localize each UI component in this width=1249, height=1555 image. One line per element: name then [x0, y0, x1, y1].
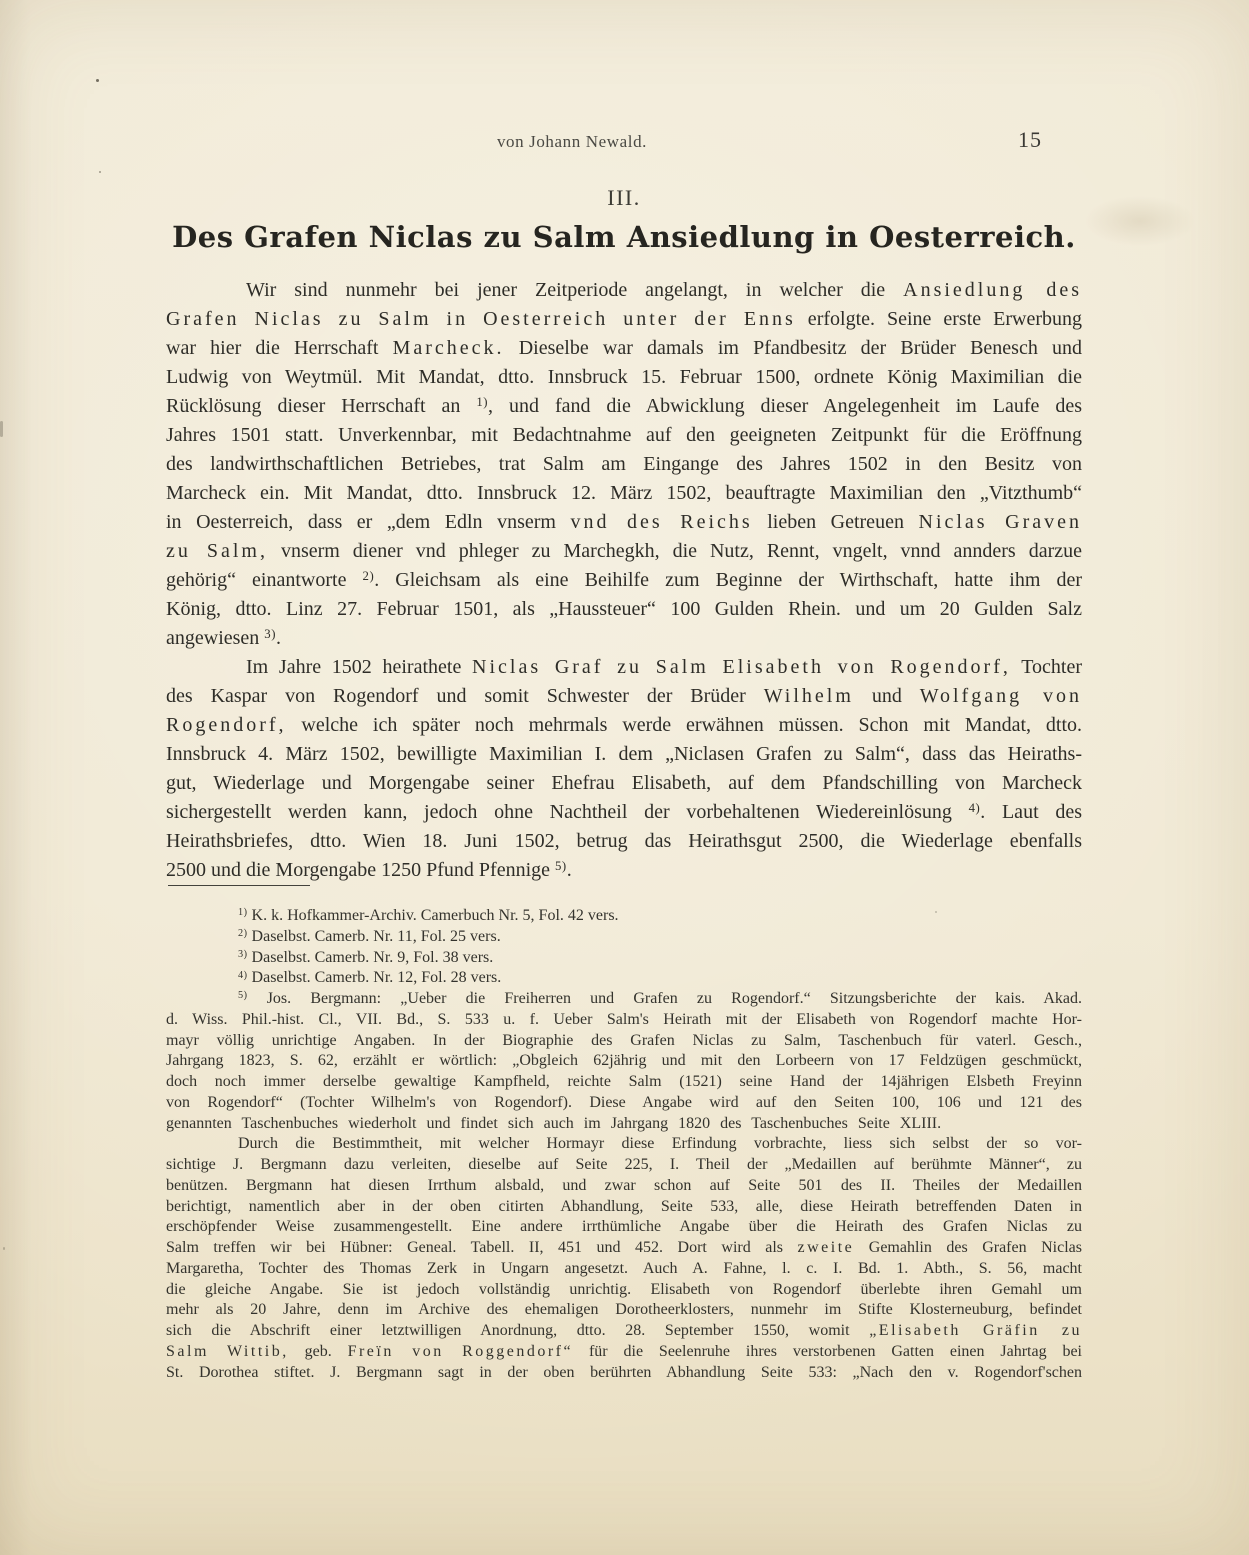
section-number: III.: [166, 185, 1082, 211]
body-text-line: Im Jahre 1502 heirathete Niclas Graf zu …: [166, 653, 1082, 682]
footnote-line: Salm treffen wir bei Hübner: Geneal. Tab…: [166, 1238, 1082, 1259]
footnote-line: Salm Wittib, geb. Freïn von Roggendorf“ …: [166, 1342, 1082, 1363]
footnotes: 1) K. k. Hofkammer-Archiv. Camerbuch Nr.…: [166, 906, 1082, 1383]
footnote-separator-rule: [168, 885, 310, 886]
footnote-line: sichtige J. Bergmann dazu verleiten, die…: [166, 1155, 1082, 1176]
body-text-line: Ludwig von Weytmül. Mit Mandat, dtto. In…: [166, 363, 1082, 392]
body-text-line: des Kaspar von Rogendorf und somit Schwe…: [166, 682, 1082, 711]
body-text-line: in Oesterreich, dass er „dem Edln vnserm…: [166, 508, 1082, 537]
body-text-line: Wir sind nunmehr bei jener Zeitperiode a…: [166, 276, 1082, 305]
body-text-line: Rücklösung dieser Herrschaft an 1), und …: [166, 392, 1082, 421]
page-number: 15: [1018, 127, 1042, 153]
body-text-line: gehörig“ einantworte 2). Gleichsam als e…: [166, 566, 1082, 595]
body-text-line: sichergestellt werden kann, jedoch ohne …: [166, 798, 1082, 827]
running-header-author: von Johann Newald.: [114, 132, 1030, 152]
footnote-line: 1) K. k. Hofkammer-Archiv. Camerbuch Nr.…: [166, 906, 1082, 927]
body-text-line: war hier die Herrschaft Marcheck. Diesel…: [166, 334, 1082, 363]
body-text-line: Heirathsbriefes, dtto. Wien 18. Juni 150…: [166, 827, 1082, 856]
paper-speck: [99, 171, 101, 173]
footnote-line: 3) Daselbst. Camerb. Nr. 9, Fol. 38 vers…: [166, 948, 1082, 969]
footnote-line: genannten Taschenbuches wiederholt und f…: [166, 1114, 1082, 1135]
footnote-line: mehr als 20 Jahre, denn im Archive des e…: [166, 1300, 1082, 1321]
body-text-line: angewiesen 3).: [166, 624, 1082, 653]
chapter-title: Des Grafen Niclas zu Salm Ansiedlung in …: [166, 220, 1082, 254]
footnote-line: doch noch immer derselbe gewaltige Kampf…: [166, 1072, 1082, 1093]
body-text-line: gut, Wiederlage und Morgengabe seiner Eh…: [166, 769, 1082, 798]
body-text-line: Innsbruck 4. März 1502, bewilligte Maxim…: [166, 740, 1082, 769]
body-text-line: Marcheck ein. Mit Mandat, dtto. Innsbruc…: [166, 479, 1082, 508]
footnote-line: von Rogendorf“ (Tochter Wilhelm's von Ro…: [166, 1093, 1082, 1114]
paper-speck: [3, 1247, 5, 1250]
footnote-line: Jahrgang 1823, S. 62, erzählt er wörtlic…: [166, 1051, 1082, 1072]
footnote-line: die gleiche Angabe. Sie ist jedoch volls…: [166, 1280, 1082, 1301]
body-text-line: Jahres 1501 statt. Unverkennbar, mit Bed…: [166, 421, 1082, 450]
footnote-line: benützen. Bergmann hat diesen Irrthum al…: [166, 1176, 1082, 1197]
footnote-line: berichtigt, namentlich aber in der oben …: [166, 1197, 1082, 1218]
footnote-line: erschöpfender Weise zusammengestellt. Ei…: [166, 1217, 1082, 1238]
body-text-line: 2500 und die Morgengabe 1250 Pfund Pfenn…: [166, 856, 1082, 885]
paper-speck: [96, 79, 99, 82]
body-text-line: König, dtto. Linz 27. Februar 1501, als …: [166, 595, 1082, 624]
body-text-line: Rogendorf, welche ich später noch mehrma…: [166, 711, 1082, 740]
body-text-line: des landwirthschaftlichen Betriebes, tra…: [166, 450, 1082, 479]
footnote-line: St. Dorothea stiftet. J. Bergmann sagt i…: [166, 1363, 1082, 1384]
footnote-line: Margaretha, Tochter des Thomas Zerk in U…: [166, 1259, 1082, 1280]
footnote-line: d. Wiss. Phil.-hist. Cl., VII. Bd., S. 5…: [166, 1010, 1082, 1031]
body-text-line: zu Salm, vnserm diener vnd phleger zu Ma…: [166, 537, 1082, 566]
footnote-line: Durch die Bestimmtheit, mit welcher Horm…: [166, 1134, 1082, 1155]
footnote-line: 2) Daselbst. Camerb. Nr. 11, Fol. 25 ver…: [166, 927, 1082, 948]
scanned-book-page: von Johann Newald. 15 III. Des Grafen Ni…: [0, 0, 1249, 1555]
body-text: Wir sind nunmehr bei jener Zeitperiode a…: [166, 276, 1082, 885]
footnote-line: mayr völlig unrichtige Angaben. In der B…: [166, 1031, 1082, 1052]
footnote-line: sich die Abschrift einer letztwilligen A…: [166, 1321, 1082, 1342]
paper-edge-mark: [0, 421, 3, 437]
body-text-line: Grafen Niclas zu Salm in Oesterreich unt…: [166, 305, 1082, 334]
paper-speck: [935, 911, 937, 913]
paper-smudge: [1085, 196, 1195, 246]
footnote-line: 5) Jos. Bergmann: „Ueber die Freiherren …: [166, 989, 1082, 1010]
footnote-line: 4) Daselbst. Camerb. Nr. 12, Fol. 28 ver…: [166, 968, 1082, 989]
